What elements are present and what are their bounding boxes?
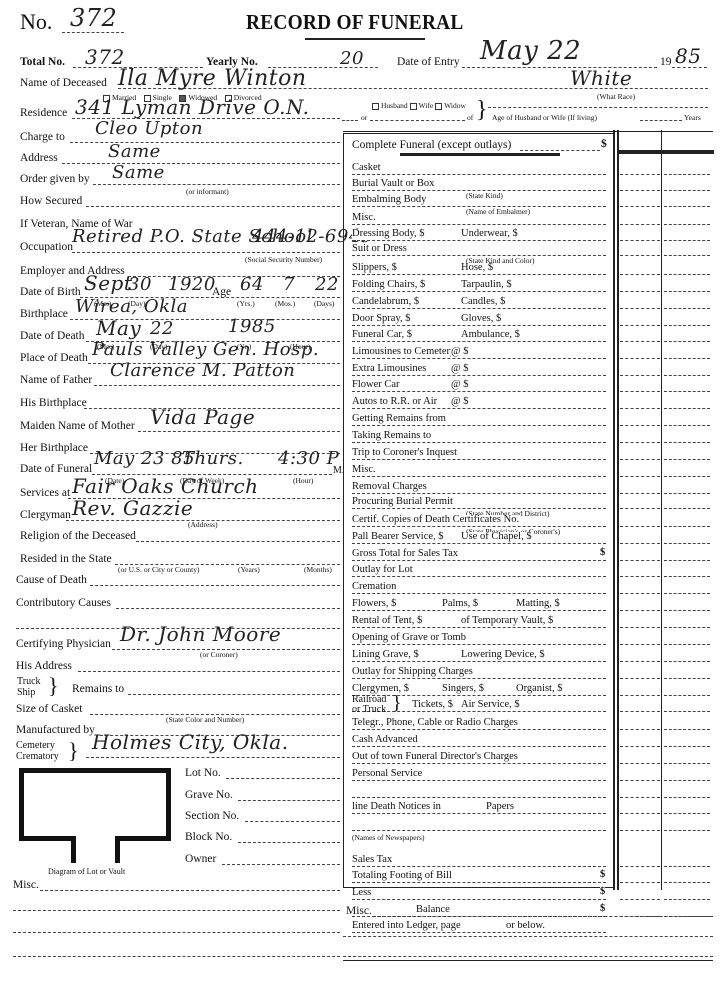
order-given-by-value[interactable]: Same (112, 164, 165, 182)
dob-day[interactable]: 30 (128, 276, 152, 294)
entry-line[interactable] (352, 543, 606, 544)
amount-dollars-cell[interactable] (620, 442, 660, 443)
amount-dollars-cell[interactable] (620, 224, 660, 225)
amount-cents-cell[interactable] (664, 780, 710, 781)
how-secured-label: How Secured (20, 196, 82, 208)
charge-label: Certif. Copies of Death Certificates No. (352, 515, 521, 526)
entry-line[interactable] (352, 174, 606, 175)
entry-line[interactable] (352, 240, 606, 241)
entry-line[interactable] (352, 661, 606, 662)
charge-row: Door Spray, $Gloves, $ (346, 313, 616, 328)
entry-line[interactable] (352, 391, 606, 392)
amount-cents-cell[interactable] (664, 425, 710, 426)
dollar-sign: $ (601, 139, 607, 151)
charge-row: (Names of Newspapers) (346, 836, 616, 851)
charge-label: Procuring Burial Permit (352, 497, 455, 508)
entry-line[interactable] (352, 493, 606, 494)
charge-label-secondary: @ $ (451, 347, 471, 358)
charge-row: Certif. Copies of Death Certificates No.… (346, 514, 616, 529)
block-no-label: Block No. (185, 832, 232, 844)
checkbox-icon[interactable] (372, 103, 379, 110)
brace-icon: } (392, 693, 402, 713)
amount-dollars-cell[interactable] (620, 255, 660, 256)
dod-month[interactable]: May (96, 318, 141, 338)
amount-dollars-cell[interactable] (620, 358, 660, 359)
amount-cents-cell[interactable] (664, 255, 710, 256)
charge-label-secondary: Hose, $ (461, 263, 495, 274)
charge-row: Lining Grave, $Lowering Device, $ (346, 649, 616, 664)
charge-label: Balance (416, 905, 452, 916)
order-given-by-caption: (or informant) (186, 188, 229, 196)
date-of-entry-label: Date of Entry (397, 57, 460, 69)
caption-months: (Mos.) (275, 300, 295, 308)
entry-line[interactable] (352, 780, 606, 781)
dod-day[interactable]: 22 (150, 320, 174, 338)
clergyman-value[interactable]: Rev. Gazzie (72, 498, 193, 518)
entry-year-value[interactable]: 85 (675, 46, 701, 66)
amount-cents-cell[interactable] (664, 174, 710, 175)
total-no-label: Total No. (20, 57, 65, 69)
age-days[interactable]: 22 (315, 276, 339, 294)
casket-caption: (State Color and Number) (166, 716, 244, 724)
charge-label: Entered into Ledger, page (352, 921, 463, 932)
amount-cents-cell[interactable] (664, 916, 710, 917)
amount-cents-cell[interactable] (664, 476, 710, 477)
charge-label: Suit or Dress (352, 244, 409, 255)
age-years[interactable]: 64 (240, 276, 264, 294)
address-label: Address (20, 153, 58, 165)
amount-cents-cell[interactable] (664, 408, 710, 409)
entry-line[interactable] (352, 899, 606, 900)
entry-line[interactable] (352, 291, 606, 292)
amount-dollars-cell[interactable] (620, 576, 660, 577)
charge-row: Dressing Body, $Underwear, $ (346, 228, 616, 243)
amount-cents-cell[interactable] (664, 711, 710, 712)
charge-row: Railroador Truck}Tickets, $Air Service, … (346, 699, 616, 714)
entry-line[interactable] (352, 644, 606, 645)
caption-years: (Yrs.) (237, 300, 255, 308)
place-of-death-label: Place of Death (20, 353, 88, 365)
charge-label: Lining Grave, $ (352, 650, 421, 661)
race-value[interactable]: White (570, 68, 632, 88)
charge-row: Sales Tax (346, 854, 616, 869)
amount-cents-cell[interactable] (664, 661, 710, 662)
charge-label-secondary: or below. (506, 921, 547, 932)
charge-label: Slippers, $ (352, 263, 399, 274)
checkbox-icon[interactable] (410, 103, 417, 110)
amount-dollars-cell[interactable] (620, 459, 660, 460)
amount-dollars-cell[interactable] (620, 476, 660, 477)
contributory-causes-label: Contributory Causes (16, 598, 111, 610)
entry-line[interactable] (352, 274, 606, 275)
amount-dollars-cell[interactable] (620, 813, 660, 814)
charge-row: Embalming Body(Name of Embalmer) (346, 194, 616, 209)
amount-cents-cell[interactable] (664, 190, 710, 191)
amount-dollars-cell[interactable] (620, 830, 660, 831)
charge-row: Clergymen, $Singers, $Organist, $ (346, 683, 616, 698)
charge-row (346, 785, 616, 800)
name-of-deceased-label: Name of Deceased (20, 78, 107, 90)
charge-label: Personal Service (352, 769, 424, 780)
lot-diagram-icon (16, 765, 176, 865)
amount-cents-cell[interactable] (664, 274, 710, 275)
charge-label: Door Spray, $ (352, 314, 413, 325)
amount-dollars-cell[interactable] (620, 729, 660, 730)
entry-line[interactable] (352, 576, 606, 577)
remains-to-label: Remains to (72, 684, 124, 696)
amount-dollars-cell[interactable] (620, 866, 660, 867)
charge-label-secondary: @ $ (451, 380, 471, 391)
amount-dollars-cell[interactable] (620, 325, 660, 326)
certifying-physician-value[interactable]: Dr. John Moore (120, 624, 281, 644)
order-given-by-label: Order given by (20, 174, 90, 186)
dollar-sign: $ (600, 548, 605, 559)
entry-line[interactable] (352, 746, 606, 747)
of-label: of (467, 114, 473, 122)
charge-row: Burial Vault or Box(State Kind) (346, 178, 616, 193)
charge-row: Totaling Footing of Bill$ (346, 870, 616, 885)
birthplace-value[interactable]: Wirea, Okla (75, 298, 188, 316)
charge-row: Rental of Tent, $of Temporary Vault, $ (346, 615, 616, 630)
caption-location: (or U.S. or City or County) (118, 566, 199, 574)
entry-line[interactable] (352, 593, 606, 594)
birthplace-label: Birthplace (20, 309, 68, 321)
amount-dollars-cell[interactable] (620, 711, 660, 712)
charge-row: Entered into Ledger, pageor below. (346, 920, 616, 935)
amount-cents-cell[interactable] (664, 729, 710, 730)
charge-label: Taking Remains to (352, 431, 433, 442)
charge-label: Sales Tax (352, 855, 394, 866)
dollar-sign: $ (600, 904, 605, 915)
name-of-deceased-value[interactable]: Ila Myre Winton (118, 68, 307, 90)
charge-label: Getting Remains from (352, 414, 448, 425)
date-of-birth-label: Date of Birth (20, 287, 81, 299)
manufactured-by-label: Manufactured by (16, 725, 95, 737)
amount-cents-cell[interactable] (664, 240, 710, 241)
ssn-caption: (Social Security Number) (245, 256, 322, 264)
total-no-value[interactable]: 372 (85, 47, 125, 67)
entry-year-prefix: 19 (660, 57, 672, 69)
charge-label: Tickets, $ (412, 700, 455, 711)
charge-row: Taking Remains to (346, 430, 616, 445)
charge-label: Cremation (352, 582, 398, 593)
amount-dollars-cell[interactable] (620, 291, 660, 292)
amount-cents-cell[interactable] (664, 560, 710, 561)
entry-line[interactable] (352, 476, 606, 477)
amount-dollars-cell[interactable] (620, 882, 660, 883)
charge-label: (Names of Newspapers) (352, 834, 424, 842)
charge-row: Flower Car@ $ (346, 379, 616, 394)
amount-cents-cell[interactable] (664, 206, 710, 207)
amount-dollars-cell[interactable] (620, 543, 660, 544)
amount-dollars-cell[interactable] (620, 627, 660, 628)
amount-dollars-cell[interactable] (620, 526, 660, 527)
name-of-father-value[interactable]: Clarence M. Patton (110, 362, 295, 380)
amount-dollars-cell[interactable] (620, 375, 660, 376)
entry-line[interactable] (352, 678, 606, 679)
charge-row: Autos to R.R. or Air@ $ (346, 396, 616, 411)
amount-dollars-cell[interactable] (620, 763, 660, 764)
cause-of-death-label: Cause of Death (16, 575, 87, 587)
maiden-name-mother-label: Maiden Name of Mother (20, 421, 135, 433)
occupation-label: Occupation (20, 242, 73, 254)
charge-row: Personal Service (346, 768, 616, 783)
amount-dollars-cell[interactable] (620, 190, 660, 191)
amount-dollars-cell[interactable] (620, 746, 660, 747)
amount-cents-cell[interactable] (664, 325, 710, 326)
amount-dollars-cell[interactable] (620, 610, 660, 611)
amount-cents-cell[interactable] (664, 746, 710, 747)
amount-dollars-cell[interactable] (620, 593, 660, 594)
amount-dollars-cell[interactable] (620, 661, 660, 662)
her-birthplace-label: Her Birthplace (20, 443, 88, 455)
funeral-day-of-week-value[interactable]: Thurs. (182, 450, 244, 468)
amount-dollars-cell[interactable] (620, 780, 660, 781)
residence-value[interactable]: 341 Lyman Drive O.N. (75, 97, 310, 117)
name-of-father-label: Name of Father (20, 375, 92, 387)
charge-label: line Death Notices in (352, 802, 443, 813)
charge-label: Gross Total for Sales Tax (352, 549, 460, 560)
place-of-death-value[interactable]: Pauls Valley Gen. Hosp. (92, 341, 319, 359)
funeral-hour-value[interactable]: 4:30 P (278, 450, 339, 468)
entry-line[interactable] (352, 830, 606, 831)
charge-row: Gross Total for Sales Tax$ (346, 548, 616, 563)
entry-line[interactable] (352, 729, 606, 730)
amount-dollars-cell[interactable] (620, 341, 660, 342)
amount-dollars-cell[interactable] (620, 493, 660, 494)
entry-line[interactable] (352, 610, 606, 611)
amount-dollars-cell[interactable] (620, 508, 660, 509)
charge-label-secondary: Ambulance, $ (461, 330, 522, 341)
caption-hour: (Hour) (293, 477, 313, 485)
dob-month[interactable]: Sept (84, 273, 132, 293)
entry-line[interactable] (352, 763, 606, 764)
amount-cents-cell[interactable] (664, 644, 710, 645)
charge-label: Outlay for Shipping Charges (352, 667, 475, 678)
charge-label-secondary: Candles, $ (461, 297, 507, 308)
yearly-no-value[interactable]: 20 (340, 50, 364, 68)
services-at-value[interactable]: Fair Oaks Church (72, 476, 259, 496)
charge-row: Removal Charges (346, 481, 616, 496)
amount-cents-cell[interactable] (664, 695, 710, 696)
amount-dollars-cell[interactable] (620, 425, 660, 426)
amount-cents-cell[interactable] (664, 526, 710, 527)
charge-label-secondary: @ $ (451, 364, 471, 375)
charge-label: Outlay for Lot (352, 565, 415, 576)
entry-line[interactable] (352, 425, 606, 426)
amount-cents-cell[interactable] (664, 358, 710, 359)
misc-left-label: Misc. (13, 880, 39, 892)
amount-cents-cell[interactable] (664, 830, 710, 831)
charge-row: Flowers, $Palms, $Matting, $ (346, 598, 616, 613)
lot-no-label: Lot No. (185, 768, 221, 780)
amount-dollars-cell[interactable] (620, 797, 660, 798)
amount-cents-cell[interactable] (664, 493, 710, 494)
charge-row: Funeral Car, $Ambulance, $ (346, 329, 616, 344)
cemetery-crematory-brace: Cemetery Crematory (16, 740, 59, 762)
years-label: Years (684, 114, 701, 122)
amount-cents-cell[interactable] (664, 308, 710, 309)
address-value[interactable]: Same (108, 143, 161, 161)
amount-cents-cell[interactable] (664, 508, 710, 509)
charge-row: line Death Notices inPapers (346, 801, 616, 816)
caption-days: (Days) (314, 300, 334, 308)
amount-dollars-cell[interactable] (620, 560, 660, 561)
charge-label: Casket (352, 163, 383, 174)
charge-label: Limousines to Cemetery (352, 347, 457, 358)
record-number: No. (20, 9, 52, 35)
amount-cents-cell[interactable] (664, 543, 710, 544)
amount-cents-cell[interactable] (664, 610, 710, 611)
amount-cents-cell[interactable] (664, 813, 710, 814)
charge-row: Folding Chairs, $Tarpaulin, $ (346, 279, 616, 294)
his-birthplace-label: His Birthplace (20, 398, 87, 410)
charge-label: Pall Bearer Service, $ (352, 532, 446, 543)
record-number-value[interactable]: 372 (70, 6, 117, 30)
amount-cents-cell[interactable] (664, 391, 710, 392)
charge-label-secondary: Air Service, $ (461, 700, 522, 711)
amount-cents-cell[interactable] (664, 291, 710, 292)
lot-diagram-caption: Diagram of Lot or Vault (48, 868, 125, 876)
funeral-date-value[interactable]: May 23 85 (94, 450, 195, 468)
entry-line[interactable] (352, 375, 606, 376)
entry-line[interactable] (352, 459, 606, 460)
charge-label: Cash Advanced (352, 735, 420, 746)
charge-row: Slippers, $Hose, $ (346, 262, 616, 277)
charge-to-label: Charge to (20, 132, 65, 144)
page-title: RECORD OF FUNERAL (246, 10, 464, 35)
charge-row (346, 818, 616, 833)
amount-cents-cell[interactable] (664, 576, 710, 577)
race-caption: (What Race) (597, 93, 635, 101)
charge-row: Getting Remains from (346, 413, 616, 428)
amount-cents-cell[interactable] (664, 375, 710, 376)
amount-dollars-cell[interactable] (620, 274, 660, 275)
religion-label: Religion of the Deceased (20, 531, 136, 543)
charge-label-secondary: Underwear, $ (461, 229, 520, 240)
amount-dollars-cell[interactable] (620, 695, 660, 696)
entry-line[interactable] (352, 711, 606, 712)
charge-label-secondary: Use of Chapel, $ (461, 532, 534, 543)
date-of-death-label: Date of Death (20, 331, 85, 343)
amount-dollars-cell[interactable] (620, 206, 660, 207)
charge-row: Telegr., Phone, Cable or Radio Charges (346, 717, 616, 732)
charge-row: Trip to Coroner's Inquest (346, 447, 616, 462)
entry-line[interactable] (352, 627, 606, 628)
entry-line[interactable] (352, 325, 606, 326)
entry-line[interactable] (352, 408, 606, 409)
clergyman-label: Clergyman (20, 510, 71, 522)
amount-dollars-cell[interactable] (620, 899, 660, 900)
entry-line[interactable] (352, 813, 606, 814)
section-no-label: Section No. (185, 811, 239, 823)
checkbox-icon[interactable] (435, 103, 442, 110)
spouse-status-group: Husband Wife Widow (372, 102, 466, 110)
entry-line[interactable] (352, 695, 606, 696)
amount-cents-cell[interactable] (664, 866, 710, 867)
amount-cents-cell[interactable] (664, 459, 710, 460)
entry-line[interactable] (352, 358, 606, 359)
brace-icon: } (48, 675, 59, 697)
amount-dollars-cell[interactable] (620, 174, 660, 175)
dollar-sign: $ (600, 870, 605, 881)
amount-dollars-cell[interactable] (620, 240, 660, 241)
entry-line[interactable] (352, 560, 606, 561)
date-of-entry-value[interactable]: May 22 (480, 38, 581, 64)
charge-label-secondary: Papers (486, 802, 516, 813)
amount-cents-cell[interactable] (664, 224, 710, 225)
charge-label: Burial Vault or Box (352, 179, 436, 190)
record-number-label: No. (20, 9, 52, 34)
dollar-sign: $ (600, 887, 605, 898)
charge-row: Outlay for Shipping Charges (346, 666, 616, 681)
charge-row: Candelabrum, $Candles, $ (346, 296, 616, 311)
amount-cents-cell[interactable] (664, 341, 710, 342)
dod-year[interactable]: 1985 (228, 318, 276, 336)
grave-no-label: Grave No. (185, 790, 233, 802)
charge-row: Extra Limousines@ $ (346, 363, 616, 378)
entry-line[interactable] (352, 341, 606, 342)
charge-label: Extra Limousines (352, 364, 428, 375)
charge-row: Misc. (346, 212, 616, 227)
owner-label: Owner (185, 854, 216, 866)
amount-cents-cell[interactable] (664, 797, 710, 798)
amount-dollars-cell[interactable] (620, 308, 660, 309)
charge-label-secondary: Singers, $ (442, 684, 486, 695)
amount-cents-cell[interactable] (664, 627, 710, 628)
charge-row: Cremation (346, 581, 616, 596)
charge-label-secondary: Gloves, $ (461, 314, 503, 325)
charge-label: Autos to R.R. or Air (352, 397, 439, 408)
clergyman-address-caption: (Address) (188, 521, 218, 529)
age-months[interactable]: 7 (283, 276, 295, 294)
entry-line[interactable] (352, 224, 606, 225)
amount-dollars-cell[interactable] (620, 391, 660, 392)
charge-label: Out of town Funeral Director's Charges (352, 752, 520, 763)
amount-dollars-cell[interactable] (620, 916, 660, 917)
amount-cents-cell[interactable] (664, 593, 710, 594)
dob-year[interactable]: 1920 (168, 276, 216, 294)
certifying-physician-label: Certifying Physician (16, 639, 111, 651)
maiden-name-mother-value[interactable]: Vida Page (150, 407, 255, 427)
amount-cents-cell[interactable] (664, 678, 710, 679)
charge-row: Outlay for Lot (346, 564, 616, 579)
charge-label: Rental of Tent, $ (352, 616, 424, 627)
charge-label: Telegr., Phone, Cable or Radio Charges (352, 718, 520, 729)
amount-cents-cell[interactable] (664, 763, 710, 764)
amount-cents-cell[interactable] (664, 882, 710, 883)
entry-line[interactable] (352, 932, 606, 933)
charge-row: Misc. (346, 464, 616, 479)
cemetery-value[interactable]: Holmes City, Okla. (92, 732, 289, 752)
age-label: Age (212, 287, 231, 299)
amount-dollars-cell[interactable] (620, 644, 660, 645)
entry-line[interactable] (352, 882, 606, 883)
entry-line[interactable] (352, 442, 606, 443)
resided-label: Resided in the State (20, 554, 112, 566)
entry-line[interactable] (352, 308, 606, 309)
amount-cents-cell[interactable] (664, 899, 710, 900)
charge-label-tertiary: Organist, $ (516, 684, 564, 695)
amount-cents-cell[interactable] (664, 442, 710, 443)
amount-dollars-cell[interactable] (620, 678, 660, 679)
entry-line[interactable] (352, 866, 606, 867)
amount-dollars-cell[interactable] (620, 408, 660, 409)
entry-line[interactable] (352, 797, 606, 798)
charge-row: Less$ (346, 887, 616, 902)
charge-row: Pall Bearer Service, $Use of Chapel, $ (346, 531, 616, 546)
charge-to-value[interactable]: Cleo Upton (95, 120, 203, 138)
